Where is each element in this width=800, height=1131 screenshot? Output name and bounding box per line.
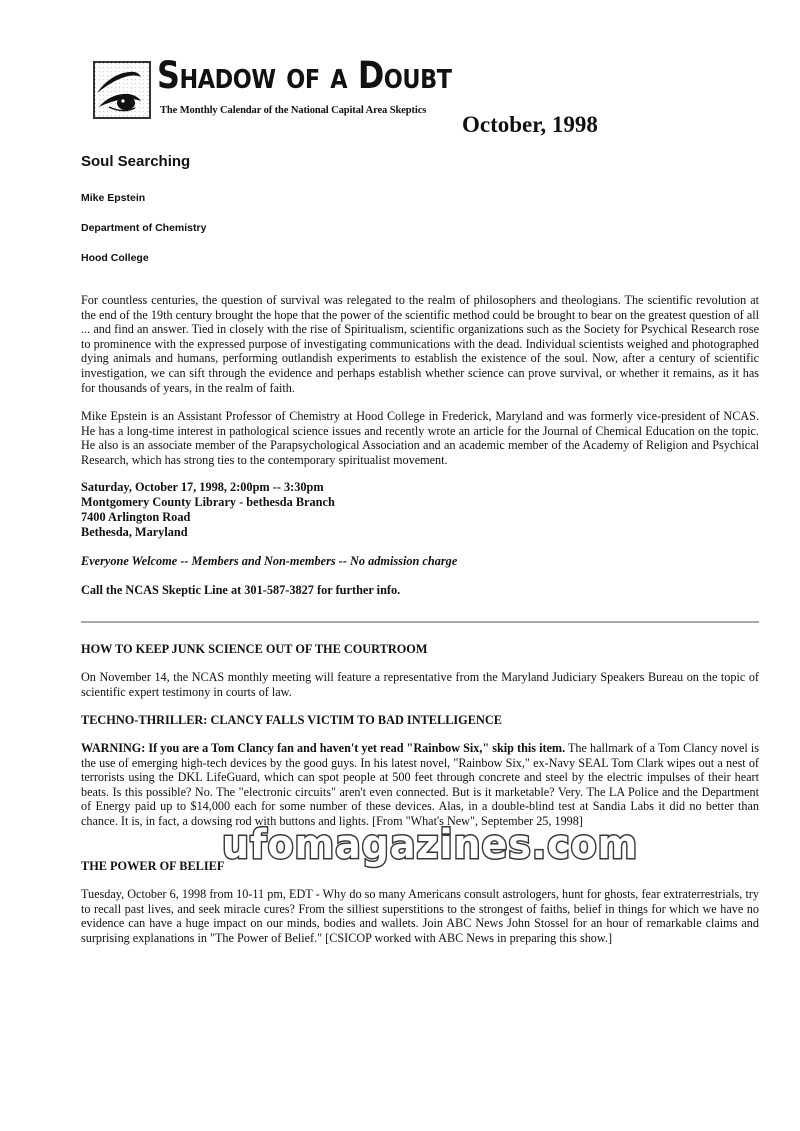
admission-note: Everyone Welcome -- Members and Non-memb… [81,554,457,569]
watermark: ufomagazines.com [222,822,638,868]
event-city: Bethesda, Maryland [81,525,335,540]
event-venue: Montgomery County Library - bethesda Bra… [81,495,335,510]
section-body: On November 14, the NCAS monthly meeting… [81,670,759,699]
eye-icon [93,61,151,119]
skeptic-line-note: Call the NCAS Skeptic Line at 301-587-38… [81,583,400,598]
article-title: Soul Searching [81,153,190,170]
section-lead-warning: WARNING: If you are a Tom Clancy fan and… [81,741,565,755]
event-details: Saturday, October 17, 1998, 2:00pm -- 3:… [81,480,335,540]
section-body: WARNING: If you are a Tom Clancy fan and… [81,741,759,829]
issue-date: October, 1998 [462,112,598,138]
event-datetime: Saturday, October 17, 1998, 2:00pm -- 3:… [81,480,335,495]
author-department: Department of Chemistry [81,222,206,234]
section-body: Tuesday, October 6, 1998 from 10-11 pm, … [81,887,759,945]
newsletter-title: Shadow of a Doubt [157,54,452,97]
newsletter-subtitle: The Monthly Calendar of the National Cap… [160,105,426,116]
author-institution: Hood College [81,252,149,264]
article-abstract: For countless centuries, the question of… [81,293,759,395]
author-name: Mike Epstein [81,192,145,204]
masthead: Shadow of a Doubt The Monthly Calendar o… [93,60,453,122]
section-heading: TECHNO-THRILLER: CLANCY FALLS VICTIM TO … [81,713,502,728]
section-heading: HOW TO KEEP JUNK SCIENCE OUT OF THE COUR… [81,642,427,657]
author-bio: Mike Epstein is an Assistant Professor o… [81,409,759,467]
section-divider [81,621,759,623]
event-street: 7400 Arlington Road [81,510,335,525]
section-heading: THE POWER OF BELIEF [81,859,224,874]
